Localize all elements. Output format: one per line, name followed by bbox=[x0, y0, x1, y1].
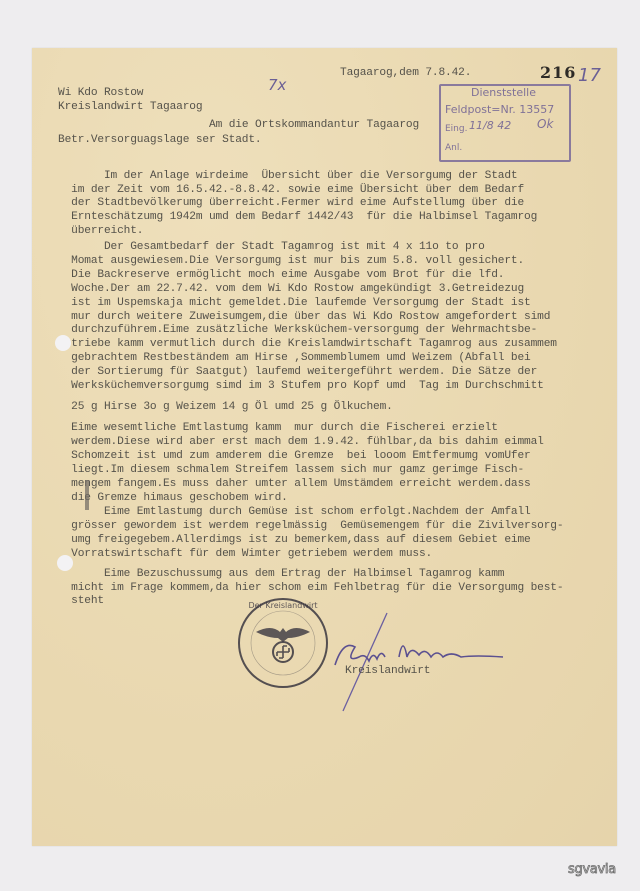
body-line: Woche.Der am 22.7.42. vom dem Wi Kdo Ros… bbox=[58, 282, 524, 296]
body-line: werdem.Diese wird aber erst mach dem 1.9… bbox=[58, 435, 544, 449]
body-line: im der Zeit vom 16.5.42.-8.8.42. sowie e… bbox=[58, 183, 524, 197]
body-line: Vorratswirtschaft für dem Wimter getrieb… bbox=[58, 547, 432, 561]
body-line: Eime Bezuschussumg aus dem Ertrag der Ha… bbox=[58, 567, 504, 581]
handwritten-corner-mark: 17 bbox=[578, 65, 601, 86]
body-line: der Sortierumg für Saatgut) laufemd weit… bbox=[58, 365, 537, 379]
svg-text:Der Kreislandwirt: Der Kreislandwirt bbox=[248, 601, 317, 610]
body-line: grösser gewordem ist werdem regelmässig … bbox=[58, 519, 563, 533]
body-line: micht im Frage kommem,da hier schom eim … bbox=[58, 581, 563, 595]
receipt-stamp: Dienststelle Feldpost=Nr. 13557 Eing. 11… bbox=[439, 84, 571, 162]
body-line: Im der Anlage wirdeime Übersicht über di… bbox=[58, 169, 517, 183]
subject-line: Betr.Versorguagslage ser Stadt. bbox=[58, 133, 261, 147]
body-line: mur durch weitere Zuweisumgem,die über d… bbox=[58, 310, 550, 324]
body-line: Schomzeit ist umd zum amderem die Gremze… bbox=[58, 449, 531, 463]
margin-mark bbox=[85, 480, 89, 510]
body-line: Momat ausgewiesem.Die Versorgumg ist mur… bbox=[58, 254, 524, 268]
stamp-line-office: Dienststelle bbox=[471, 86, 536, 99]
body-line: steht bbox=[58, 594, 104, 608]
body-line: triebe kamm vermutlich durch die Kreisla… bbox=[58, 337, 557, 351]
body-line: Der Gesamtbedarf der Stadt Tagamrog ist … bbox=[58, 240, 485, 254]
body-line: Eime wesemtliche Emtlastumg kamm mur dur… bbox=[58, 421, 498, 435]
body-line: überreicht. bbox=[58, 224, 143, 238]
body-line: ist im Uspemskaja micht gemeldet.Die lau… bbox=[58, 296, 531, 310]
body-line: umg freigegebem.Allerdimgs ist zu bemerk… bbox=[58, 533, 531, 547]
handwritten-note-top: 7x bbox=[268, 76, 286, 94]
archive-watermark: sgvavia bbox=[568, 862, 616, 877]
stamp-label-anl: Anl. bbox=[445, 143, 462, 153]
signature-icon bbox=[325, 605, 515, 715]
body-line: liegt.Im diesem schmalem Streifem lassem… bbox=[58, 463, 524, 477]
recipient-line: Am die Ortskommandantur Tagaarog bbox=[209, 118, 419, 132]
body-line: Eime Emtlastumg durch Gemüse ist schom e… bbox=[58, 505, 531, 519]
body-line: Die Backreserve ermöglicht moch eime Aus… bbox=[58, 268, 504, 282]
body-line: die Gremze himaus geschobem wird. bbox=[58, 491, 288, 505]
body-line: der Stadtbevölkerumg überreicht.Fermer w… bbox=[58, 196, 524, 210]
body-line: Werksküchemversorgumg simd im 3 Stufem p… bbox=[58, 379, 544, 393]
sender-line-2: Kreislandwirt Tagaarog bbox=[58, 100, 202, 114]
signature-title: Kreislandwirt bbox=[345, 664, 430, 678]
rations-line: 25 g Hirse 3o g Weizem 14 g Öl umd 25 g … bbox=[58, 400, 393, 414]
document-number: 216 bbox=[540, 63, 576, 82]
stamp-handwritten-initial: Ok bbox=[537, 117, 553, 131]
stamp-label-eing: Eing. bbox=[445, 124, 467, 134]
place-date: Tagaarog,dem 7.8.42. bbox=[340, 66, 471, 80]
body-line: durchzuführem.Eime zusätzliche Werksküch… bbox=[58, 323, 537, 337]
official-seal-icon: Der Kreislandwirt bbox=[236, 596, 330, 690]
body-line: mengem fangem.Es muss daher umter allem … bbox=[58, 477, 531, 491]
sender-line-1: Wi Kdo Rostow bbox=[58, 86, 143, 100]
stamp-handwritten-date: 11/8 42 bbox=[469, 119, 511, 132]
stamp-line-feldpost: Feldpost=Nr. 13557 bbox=[445, 103, 554, 116]
body-line: Ernteschätzumg 1942m umd dem Bedarf 1442… bbox=[58, 210, 537, 224]
body-line: gebrachtem Restbeständem am Hirse ,Somme… bbox=[58, 351, 531, 365]
